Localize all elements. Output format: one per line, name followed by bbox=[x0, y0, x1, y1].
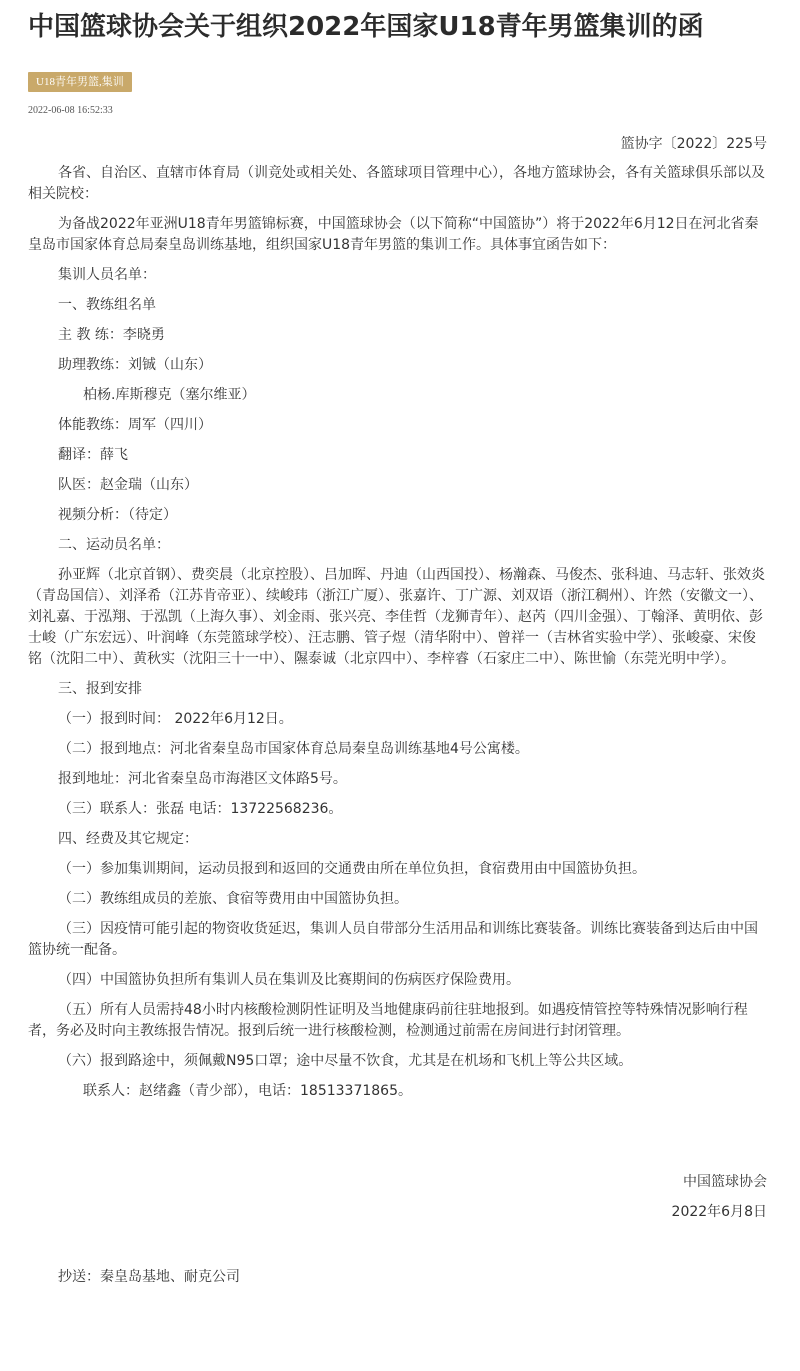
salutation: 各省、自治区、直辖市体育局（训竞处或相关处、各篮球项目管理中心），各地方篮球协会… bbox=[28, 163, 767, 205]
article-page: 中国篮球协会关于组织2022年国家U18青年男篮集训的函 U18青年男篮,集训 … bbox=[0, 0, 800, 1288]
athletes-list: 孙亚辉（北京首钢）、费奕晨（北京控股）、吕加晖、丹迪（山西国投）、杨瀚森、马俊杰… bbox=[28, 565, 767, 670]
registration-place: （二）报到地点：河北省秦皇岛市国家体育总局秦皇岛训练基地4号公寓楼。 bbox=[28, 739, 767, 760]
expense-item-2: （二）教练组成员的差旅、食宿等费用由中国篮协负担。 bbox=[28, 889, 767, 910]
registration-heading: 三、报到安排 bbox=[28, 679, 767, 700]
team-doctor: 队医：赵金瑞（山东） bbox=[28, 475, 767, 496]
signature-org: 中国篮球协会 bbox=[28, 1172, 767, 1193]
tag-badge[interactable]: U18青年男篮,集训 bbox=[28, 72, 132, 92]
expense-item-5: （五）所有人员需持48小时内核酸检测阴性证明及当地健康码前往驻地报到。如遇疫情管… bbox=[28, 1000, 767, 1042]
registration-contact: （三）联系人：张磊 电话：13722568236。 bbox=[28, 799, 767, 820]
publish-timestamp: 2022-06-08 16:52:33 bbox=[28, 104, 767, 118]
video-analyst: 视频分析：（待定） bbox=[28, 505, 767, 526]
assistant-coach-1: 助理教练：刘铖（山东） bbox=[28, 355, 767, 376]
coaches-heading: 一、教练组名单 bbox=[28, 295, 767, 316]
document-number: 篮协字〔2022〕225号 bbox=[28, 134, 767, 154]
article-body: 各省、自治区、直辖市体育局（训竞处或相关处、各篮球项目管理中心），各地方篮球协会… bbox=[28, 163, 767, 1288]
assistant-coach-2: 柏杨.库斯穆克（塞尔维亚） bbox=[28, 385, 767, 406]
expense-item-3: （三）因疫情可能引起的物资收货延迟，集训人员自带部分生活用品和训练比赛装备。训练… bbox=[28, 919, 767, 961]
expense-item-6: （六）报到路途中，须佩戴N95口罩；途中尽量不饮食，尤其是在机场和飞机上等公共区… bbox=[28, 1051, 767, 1072]
expense-item-1: （一）参加集训期间，运动员报到和返回的交通费由所在单位负担，食宿费用由中国篮协负… bbox=[28, 859, 767, 880]
final-contact: 联系人：赵绪鑫（青少部），电话：18513371865。 bbox=[28, 1081, 767, 1102]
head-coach: 主 教 练：李晓勇 bbox=[28, 325, 767, 346]
fitness-coach: 体能教练：周军（四川） bbox=[28, 415, 767, 436]
intro-paragraph: 为备战2022年亚洲U18青年男篮锦标赛，中国篮球协会（以下简称“中国篮协”）将… bbox=[28, 214, 767, 256]
expenses-heading: 四、经费及其它规定： bbox=[28, 829, 767, 850]
registration-address: 报到地址：河北省秦皇岛市海港区文体路5号。 bbox=[28, 769, 767, 790]
roster-heading: 集训人员名单： bbox=[28, 265, 767, 286]
registration-time: （一）报到时间： 2022年6月12日。 bbox=[28, 709, 767, 730]
article-title: 中国篮球协会关于组织2022年国家U18青年男篮集训的函 bbox=[28, 0, 767, 44]
expense-item-4: （四）中国篮协负担所有集训人员在集训及比赛期间的伤病医疗保险费用。 bbox=[28, 970, 767, 991]
translator: 翻译：薛飞 bbox=[28, 445, 767, 466]
cc-list: 抄送：秦皇岛基地、耐克公司 bbox=[28, 1267, 767, 1288]
athletes-heading: 二、运动员名单： bbox=[28, 535, 767, 556]
signature-date: 2022年6月8日 bbox=[28, 1202, 767, 1223]
